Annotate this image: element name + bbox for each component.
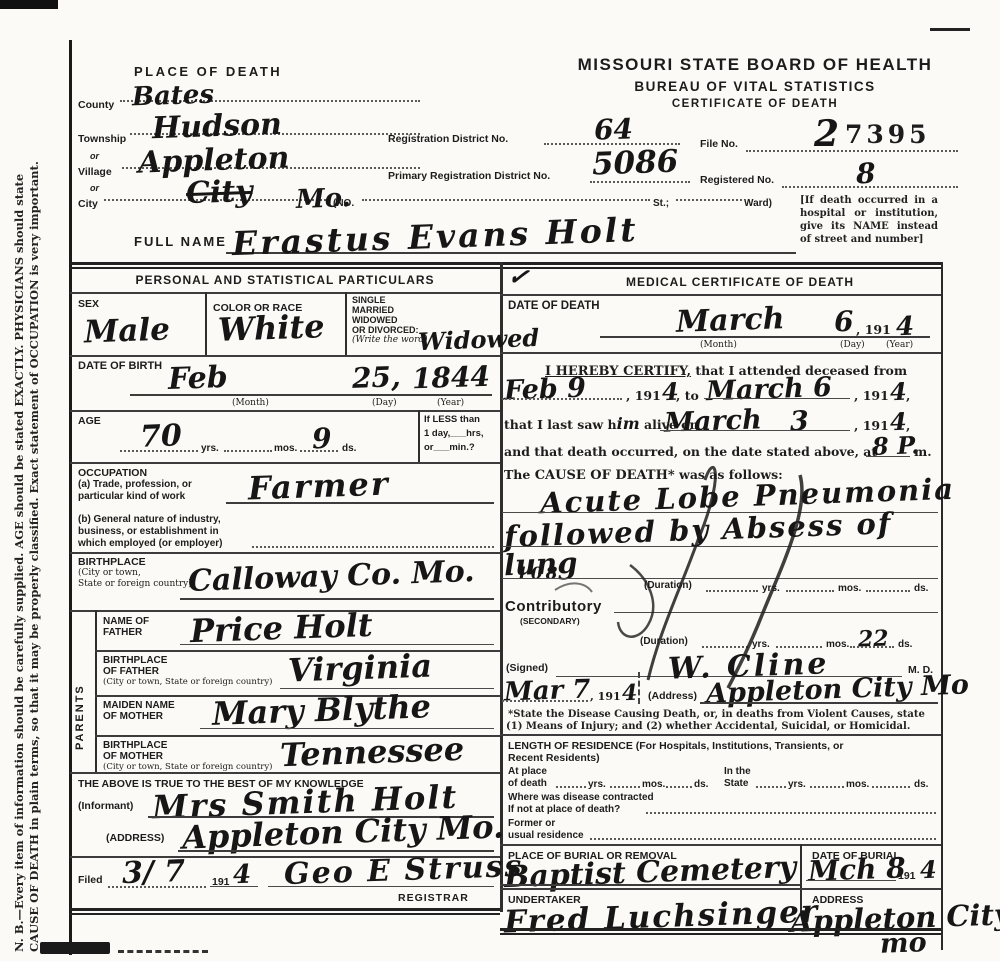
age-line-3 — [300, 450, 338, 452]
residence-in-the: In the — [724, 766, 751, 777]
dob-day-caption: (Day) — [372, 398, 397, 408]
occupation-b-line3: which employed (or employer) — [78, 538, 222, 549]
dob-month-caption: (Month) — [232, 398, 269, 408]
registration-district-label: Registration District No. — [388, 133, 508, 145]
disease-contracted-1: Where was disease contracted — [508, 792, 654, 803]
occupation-b-line1: (b) General nature of industry, — [78, 514, 221, 525]
registered-no-value: 8 — [856, 160, 876, 189]
marital-label-4: OR DIVORCED: — [352, 325, 419, 335]
burial-year-hw: 4 — [920, 858, 938, 883]
registrar-label: REGISTRAR — [398, 892, 469, 904]
left-column-bottom-border — [70, 908, 500, 915]
right-column-bottom-border — [500, 928, 941, 935]
residence-rule-1 — [556, 786, 586, 788]
margin-line-2: CAUSE OF DEATH in plain terms, so that i… — [27, 47, 42, 952]
color-race-value: White — [217, 310, 325, 346]
margin-line-1: N. B.—Every item of information should b… — [12, 47, 27, 952]
burial-row-border — [500, 888, 941, 890]
former-residence-2: usual residence — [508, 830, 584, 841]
residence-mos-1: mos. — [642, 779, 665, 790]
mother-birthplace-value: Tennessee — [279, 733, 464, 771]
org-name: MISSOURI STATE BOARD OF HEALTH — [540, 55, 970, 75]
attended-to-label: , to — [676, 388, 699, 403]
residence-at-place-2: of death — [508, 778, 547, 789]
date-of-death-month: March — [676, 304, 786, 338]
scan-edge-top-left — [0, 0, 58, 9]
footnote-border — [500, 734, 941, 736]
occupation-a-line1: (a) Trade, profession, or — [78, 479, 192, 490]
dob-month: Feb — [167, 363, 228, 395]
attended-from-line — [502, 398, 622, 400]
township-label: Township — [78, 133, 126, 145]
age-label: AGE — [78, 415, 101, 427]
st-label: St.; — [653, 198, 669, 209]
dob-row-border — [70, 410, 500, 412]
street-no-line — [362, 199, 650, 201]
scan-edge-top-right — [930, 28, 970, 31]
attended-comma: , — [906, 388, 910, 403]
mother-birthplace-label-1: BIRTHPLACE — [103, 740, 167, 751]
hospital-note: [If death occurred in a hospital or inst… — [800, 194, 938, 246]
or-label-2: or — [90, 183, 99, 193]
scan-edge-bottom-blob — [40, 942, 110, 954]
occupation-a-value: Farmer — [247, 468, 390, 505]
age-less-note-2: 1 day,___hrs, — [424, 428, 484, 439]
residence-rule-4 — [756, 786, 786, 788]
org-bureau: BUREAU OF VITAL STATISTICS — [540, 79, 970, 94]
sex-row-border — [70, 355, 500, 357]
place-of-death-title: PLACE OF DEATH — [134, 64, 282, 79]
age-less-divider — [418, 410, 420, 462]
marital-hint: (Write the word) — [352, 335, 428, 345]
dob-day: 25, — [352, 363, 402, 393]
filed-label: Filed — [78, 874, 103, 886]
sex-label: SEX — [78, 298, 99, 310]
marital-label-2: MARRIED — [352, 305, 394, 315]
full-name-label: FULL NAME — [134, 234, 227, 249]
residence-title-2: Recent Residents) — [508, 752, 600, 764]
death-certificate-scan: N. B.—Every item of information should b… — [0, 0, 1000, 961]
mother-name-label-2: OF MOTHER — [103, 711, 163, 722]
date-of-death-year-hw: 4 — [896, 314, 915, 341]
org-certificate: CERTIFICATE OF DEATH — [540, 98, 970, 110]
street-no-label: (NO. — [333, 198, 354, 209]
residence-rule-3 — [666, 786, 692, 788]
mother-name-label-1: MAIDEN NAME — [103, 700, 175, 711]
date-of-burial-rule — [806, 880, 896, 881]
residence-ds-2: ds. — [914, 779, 928, 790]
registration-district-value: 64 — [594, 115, 634, 144]
city-value: City — [185, 177, 253, 209]
registered-no-label: Registered No. — [700, 174, 774, 186]
residence-title-1: LENGTH OF RESIDENCE (For Hospitals, Inst… — [508, 740, 843, 752]
father-name-label-2: FATHER — [103, 627, 142, 638]
mother-name-value: Mary Blythe — [212, 690, 432, 730]
father-name-label-1: NAME OF — [103, 616, 149, 627]
file-no-line — [746, 150, 958, 152]
ward-label: Ward) — [744, 198, 772, 209]
registrar-signature: Geo E Struss — [284, 852, 524, 890]
residence-yrs-2: yrs. — [788, 779, 806, 790]
birthplace-value: Calloway Co. Mo. — [188, 557, 476, 597]
attended-year2-printed: , 191 — [854, 388, 889, 403]
village-value: Appleton — [138, 143, 290, 178]
dod-row-border — [500, 352, 941, 354]
scan-edge-left-line — [69, 40, 72, 955]
former-residence-rule — [590, 838, 936, 840]
age-mos-label: mos. — [274, 443, 297, 454]
residence-block-border — [500, 844, 941, 846]
mother-name-line — [200, 728, 494, 729]
filed-year-line — [210, 886, 258, 887]
parents-block-border — [70, 772, 500, 774]
father-name-value: Price Holt — [189, 609, 373, 647]
dob-year-caption: (Year) — [437, 398, 464, 408]
burial-year-printed: 191 — [898, 870, 916, 882]
age-less-note-1: If LESS than — [424, 414, 480, 425]
marital-value: Widowed — [418, 326, 540, 354]
marital-label-3: WIDOWED — [352, 315, 398, 325]
attended-year2-hw: 4 — [890, 380, 908, 405]
ink-flourish — [500, 430, 941, 710]
residence-yrs-1: yrs. — [588, 779, 606, 790]
date-of-death-day: 6 — [834, 308, 854, 337]
dob-year: 1844 — [412, 363, 491, 394]
margin-instructions: N. B.—Every item of information should b… — [12, 47, 42, 952]
file-no-stamp: 7395 — [845, 120, 931, 149]
father-birthplace-value: Virginia — [287, 649, 432, 686]
residence-rule-6 — [872, 786, 910, 788]
attended-to-line — [704, 398, 850, 399]
registrar-line — [268, 886, 494, 887]
dod-day-caption: (Day) — [840, 340, 865, 350]
residence-mos-2: mos. — [846, 779, 869, 790]
residence-rule-5 — [810, 786, 844, 788]
county-label: County — [78, 99, 114, 111]
or-label-1: or — [90, 151, 99, 161]
informant-address-value: Appleton City Mo. — [182, 810, 505, 853]
header-divider — [70, 262, 941, 269]
medical-section-title: MEDICAL CERTIFICATE OF DEATH — [540, 275, 940, 289]
occupation-a-line2: particular kind of work — [78, 491, 185, 502]
disease-contracted-rule — [646, 812, 936, 814]
mother-birthplace-hint: (City or town, State or foreign country) — [103, 762, 272, 772]
checkmark-annotation: ✓ — [506, 263, 530, 291]
age-line-2 — [224, 450, 272, 452]
birthplace-line — [180, 598, 494, 600]
former-residence-1: Former or — [508, 818, 555, 829]
filed-date-value: 3/ 7 — [121, 857, 185, 889]
age-less-note-3: or___min.? — [424, 442, 475, 453]
informant-label: (Informant) — [78, 800, 133, 812]
age-yrs-label: yrs. — [201, 443, 219, 454]
village-label: Village — [78, 166, 112, 178]
father-birthplace-hint: (City or town, State or foreign country) — [103, 677, 272, 687]
city-label: City — [78, 198, 98, 210]
attended-to-value: March 6 — [706, 374, 833, 405]
primary-registration-value: 5086 — [591, 147, 678, 181]
sex-color-divider — [205, 292, 207, 355]
dob-label: DATE OF BIRTH — [78, 360, 162, 372]
filed-year-suffix: 4 — [233, 862, 252, 889]
date-of-death-label: DATE OF DEATH — [508, 300, 600, 312]
primary-registration-label: Primary Registration District No. — [388, 170, 550, 182]
county-value: Bates — [132, 82, 215, 111]
informant-address-label: (ADDRESS) — [106, 832, 164, 844]
residence-rule-2 — [610, 786, 640, 788]
birthplace-hint-1: (City or town, — [78, 568, 141, 578]
dod-year-caption: (Year) — [886, 340, 913, 350]
occupation-b-line2: business, or establishment in — [78, 526, 219, 537]
occupation-b-line — [252, 546, 494, 548]
color-marital-divider — [345, 292, 347, 355]
st-line — [676, 199, 742, 201]
father-birthplace-label-2: OF FATHER — [103, 666, 159, 677]
birthplace-hint-2: State or foreign country) — [78, 579, 192, 589]
marital-label-1: SINGLE — [352, 295, 386, 305]
personal-title-border — [70, 292, 500, 294]
attended-year1-printed: , 191 — [626, 388, 661, 403]
file-no-script-digit: 2 — [814, 116, 839, 152]
mother-birthplace-label-2: OF MOTHER — [103, 751, 163, 762]
scan-edge-bottom-dashes — [118, 950, 208, 953]
residence-state: State — [724, 778, 748, 789]
date-of-death-year-printed: , 191 — [856, 322, 891, 337]
age-line-1 — [120, 450, 198, 452]
file-no-label: File No. — [700, 138, 738, 150]
personal-section-title: PERSONAL AND STATISTICAL PARTICULARS — [70, 273, 500, 287]
occupation-label: OCCUPATION — [78, 467, 147, 479]
filed-line — [108, 886, 206, 888]
birthplace-label: BIRTHPLACE — [78, 556, 146, 568]
scan-edge-right-line — [941, 262, 943, 950]
father-birthplace-label-1: BIRTHPLACE — [103, 655, 167, 666]
cause-footnote-2: (1) Means of Injury; and (2) whether Acc… — [506, 720, 936, 733]
medical-title-border — [500, 294, 941, 296]
occupation-row-border — [70, 552, 500, 554]
father-name-line — [180, 644, 494, 645]
township-value: Hudson — [152, 110, 283, 145]
parents-label-divider — [95, 610, 97, 772]
residence-ds-1: ds. — [694, 779, 708, 790]
dod-month-caption: (Month) — [700, 340, 737, 350]
place-of-burial-rule — [500, 884, 800, 886]
residence-at-place-1: At place — [508, 766, 547, 777]
disease-contracted-2: If not at place of death? — [508, 804, 620, 815]
sex-value: Male — [83, 315, 170, 349]
age-ds-label: ds. — [342, 443, 356, 454]
parents-vertical-label: PARENTS — [74, 640, 86, 750]
age-years-value: 70 — [139, 421, 182, 452]
age-row-border — [70, 462, 500, 464]
